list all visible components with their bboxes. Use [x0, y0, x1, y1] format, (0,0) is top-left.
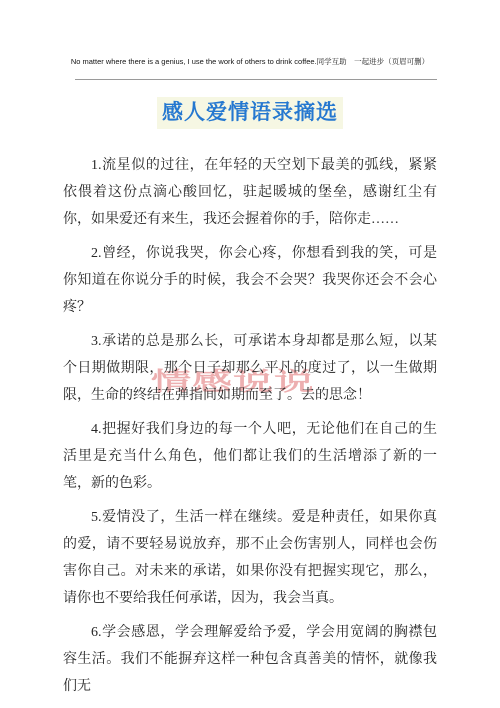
document-page: No matter where there is a genius, I use… — [0, 0, 500, 708]
quote-paragraph-4: 4.把握好我们身边的每一个人吧，无论他们在自己的生活里是充当什么角色，他们都让我… — [63, 416, 437, 497]
quote-paragraph-1: 1.流星似的过往，在年轻的天空划下最美的弧线，紧紧依偎着这份点滴心酸回忆，驻起暖… — [63, 152, 437, 233]
title-row: 感人爱情语录摘选 — [0, 97, 500, 129]
quote-paragraph-5: 5.爱情没了，生活一样在继续。爱是种责任，如果你真的爱，请不要轻易说放弃，那不止… — [63, 504, 437, 612]
quote-paragraph-2: 2.曾经，你说我哭，你会心疼，你想看到我的笑，可是你知道在你说分手的时候，我会不… — [63, 240, 437, 321]
header-divider — [75, 79, 437, 80]
page-title: 感人爱情语录摘选 — [157, 97, 343, 129]
quote-paragraph-6: 6.学会感恩，学会理解爱给予爱，学会用宽阔的胸襟包容生活。我们不能摒弃这样一种包… — [63, 619, 437, 700]
quote-paragraph-3: 3.承诺的总是那么长，可承诺本身却都是那么短，以某个日期做期限，那个日子却那么平… — [63, 328, 437, 409]
page-header-note: No matter where there is a genius, I use… — [0, 57, 500, 67]
document-body: 1.流星似的过往，在年轻的天空划下最美的弧线，紧紧依偎着这份点滴心酸回忆，驻起暖… — [63, 152, 437, 707]
